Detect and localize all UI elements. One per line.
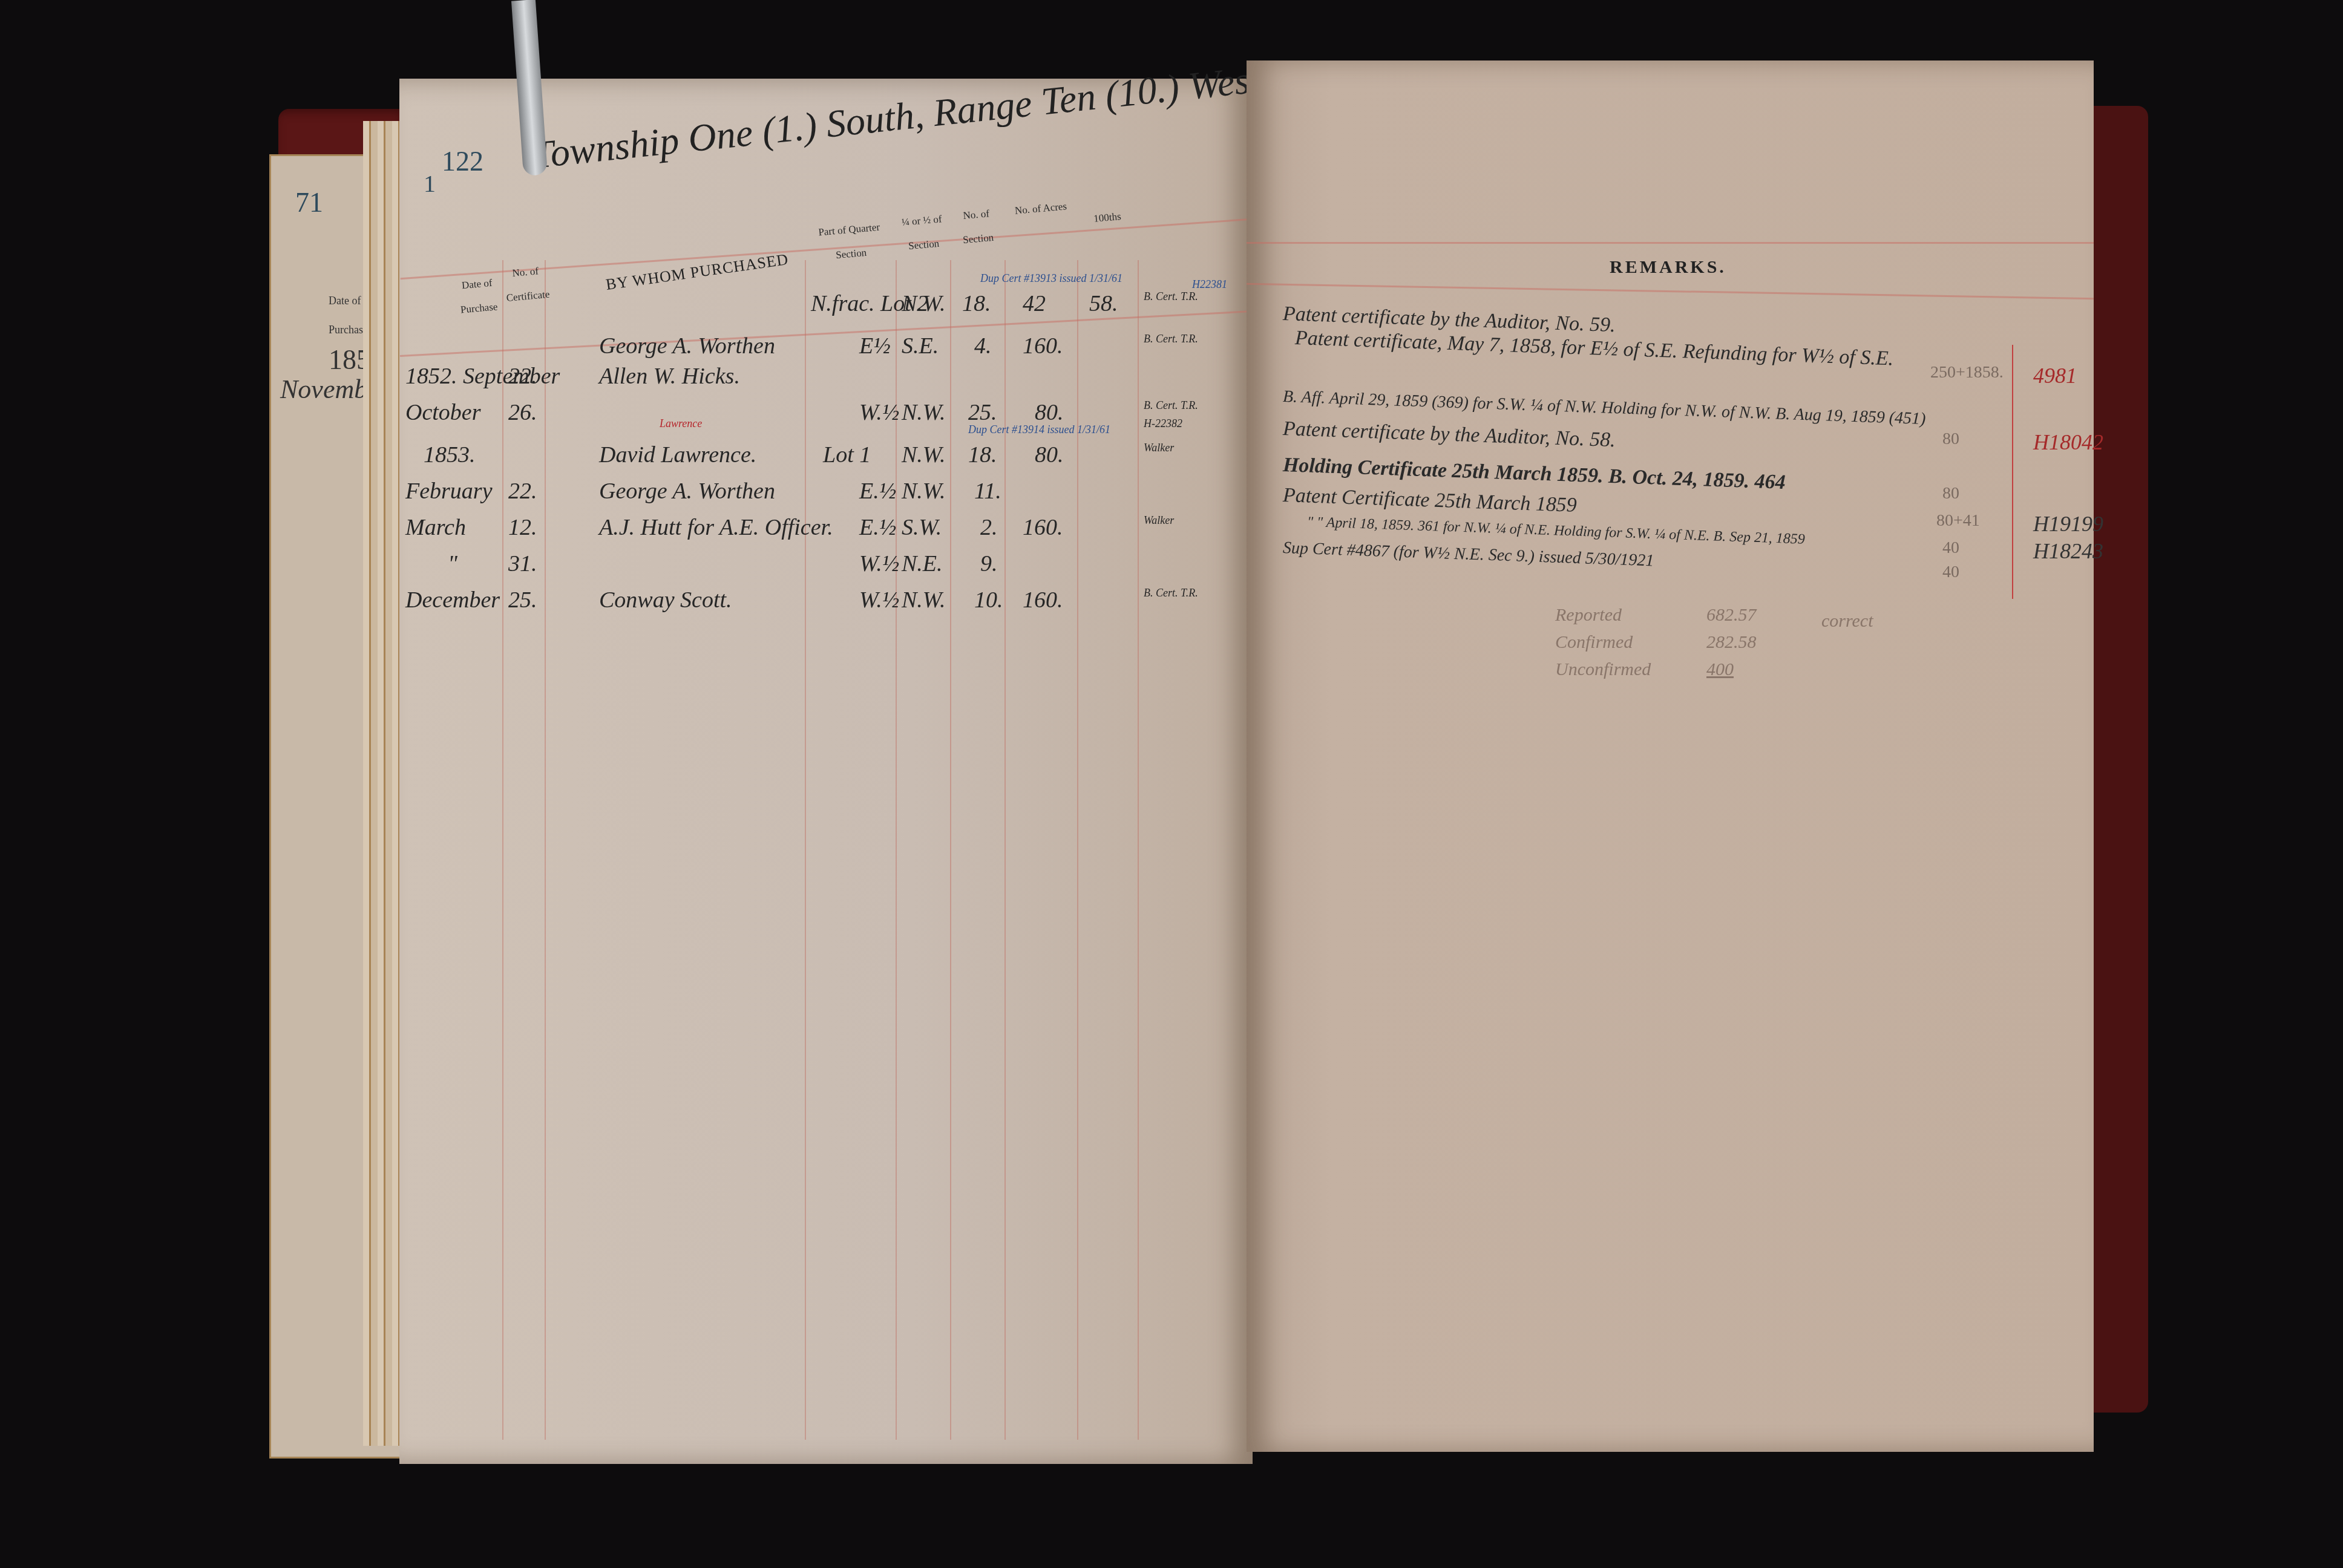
remark-amount: 80 bbox=[1942, 484, 1959, 503]
col-header-certificate: No. of Certificate bbox=[503, 258, 550, 310]
page-number: 122 bbox=[442, 145, 483, 177]
column-rule bbox=[896, 260, 897, 1440]
column-rule bbox=[1077, 260, 1078, 1440]
header-rule bbox=[1247, 242, 2094, 244]
remark-line-red: Sup Cert #4867 (for W½ N.E. Sec 9.) issu… bbox=[1282, 538, 1654, 570]
remark-ref: H18243 bbox=[2033, 538, 2103, 564]
page-title: Township One (1.) South, Range Ten (10.)… bbox=[530, 56, 1272, 178]
column-rule bbox=[950, 260, 951, 1440]
col-header-acres: No. of Acres bbox=[1006, 194, 1075, 223]
col-header-hundredths: 100ths bbox=[1079, 203, 1135, 232]
column-rule bbox=[805, 260, 806, 1440]
remark-line: Patent certificate by the Auditor, No. 5… bbox=[1282, 417, 1616, 452]
remark-amount: 40 bbox=[1942, 563, 1959, 582]
stub-header: Date ofPurchase bbox=[329, 286, 368, 344]
pencil-label: Reported bbox=[1555, 605, 1622, 626]
remark-amount: 250+1858. bbox=[1930, 363, 2004, 382]
col-header-date: Date of Purchase bbox=[446, 270, 511, 323]
header-rule bbox=[400, 310, 1252, 357]
margin-number: 1 bbox=[424, 169, 436, 198]
column-rule bbox=[1004, 260, 1006, 1440]
pencil-label: Confirmed bbox=[1555, 632, 1633, 653]
stub-page-number: 71 bbox=[295, 186, 323, 218]
left-ledger-page: 1 122 Township One (1.) South, Range Ten… bbox=[399, 79, 1253, 1464]
col-header-quarter: ¼ or ½ of Section bbox=[897, 207, 949, 260]
column-rule bbox=[545, 260, 546, 1440]
right-remarks-page: REMARKS. Patent certificate by the Audit… bbox=[1247, 60, 2094, 1452]
remark-amount: 80+41 bbox=[1936, 511, 1980, 531]
remark-ref: 4981 bbox=[2033, 363, 2077, 388]
pencil-value: 682.57 bbox=[1706, 605, 1757, 626]
column-rule bbox=[1138, 260, 1139, 1440]
remark-ref: H18042 bbox=[2033, 430, 2103, 455]
header-rule bbox=[1247, 283, 2094, 299]
remark-amount: 80 bbox=[1942, 430, 1959, 449]
col-header-part-quarter: Part of Quarter Section bbox=[809, 214, 891, 269]
remark-line: Patent Certificate 25th March 1859 bbox=[1282, 484, 1577, 517]
pencil-label: Unconfirmed bbox=[1555, 659, 1651, 680]
remarks-header: REMARKS. bbox=[1610, 257, 1726, 278]
reference-column-rule bbox=[2012, 345, 2013, 599]
remark-ref: H19199 bbox=[2033, 511, 2103, 537]
col-header-section: No. of Section bbox=[951, 201, 1004, 253]
pencil-value: 400 bbox=[1706, 659, 1734, 680]
pencil-note: correct bbox=[1821, 611, 1873, 632]
column-rule bbox=[502, 260, 503, 1440]
pencil-value: 282.58 bbox=[1706, 632, 1757, 653]
remark-amount: 40 bbox=[1942, 538, 1959, 558]
